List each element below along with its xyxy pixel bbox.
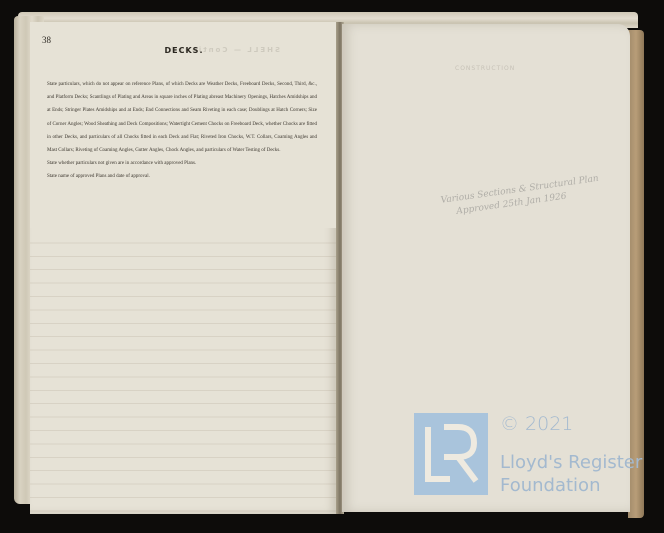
instruction-approval: State name of approved Plans and date of… [47, 170, 317, 183]
instruction-main: State particulars, which do not appear o… [47, 78, 317, 157]
page-number: 38 [42, 35, 51, 45]
lr-foundation-watermark: © 2021 Lloyd's Register Foundation [414, 413, 644, 503]
lr-logo-icon [414, 413, 488, 495]
copyright-text: © 2021 [500, 413, 573, 435]
instructions-block: State particulars, which do not appear o… [47, 78, 317, 184]
section-title: DECKS. [30, 46, 338, 55]
open-ledger-book: 38 SHELL — Continued DECKS. State partic… [0, 0, 664, 533]
right-header-bleed: CONSTRUCTION [455, 65, 515, 72]
organization-name: Lloyd's Register Foundation [500, 451, 642, 497]
instruction-plans: State whether particulars not given are … [47, 157, 317, 170]
